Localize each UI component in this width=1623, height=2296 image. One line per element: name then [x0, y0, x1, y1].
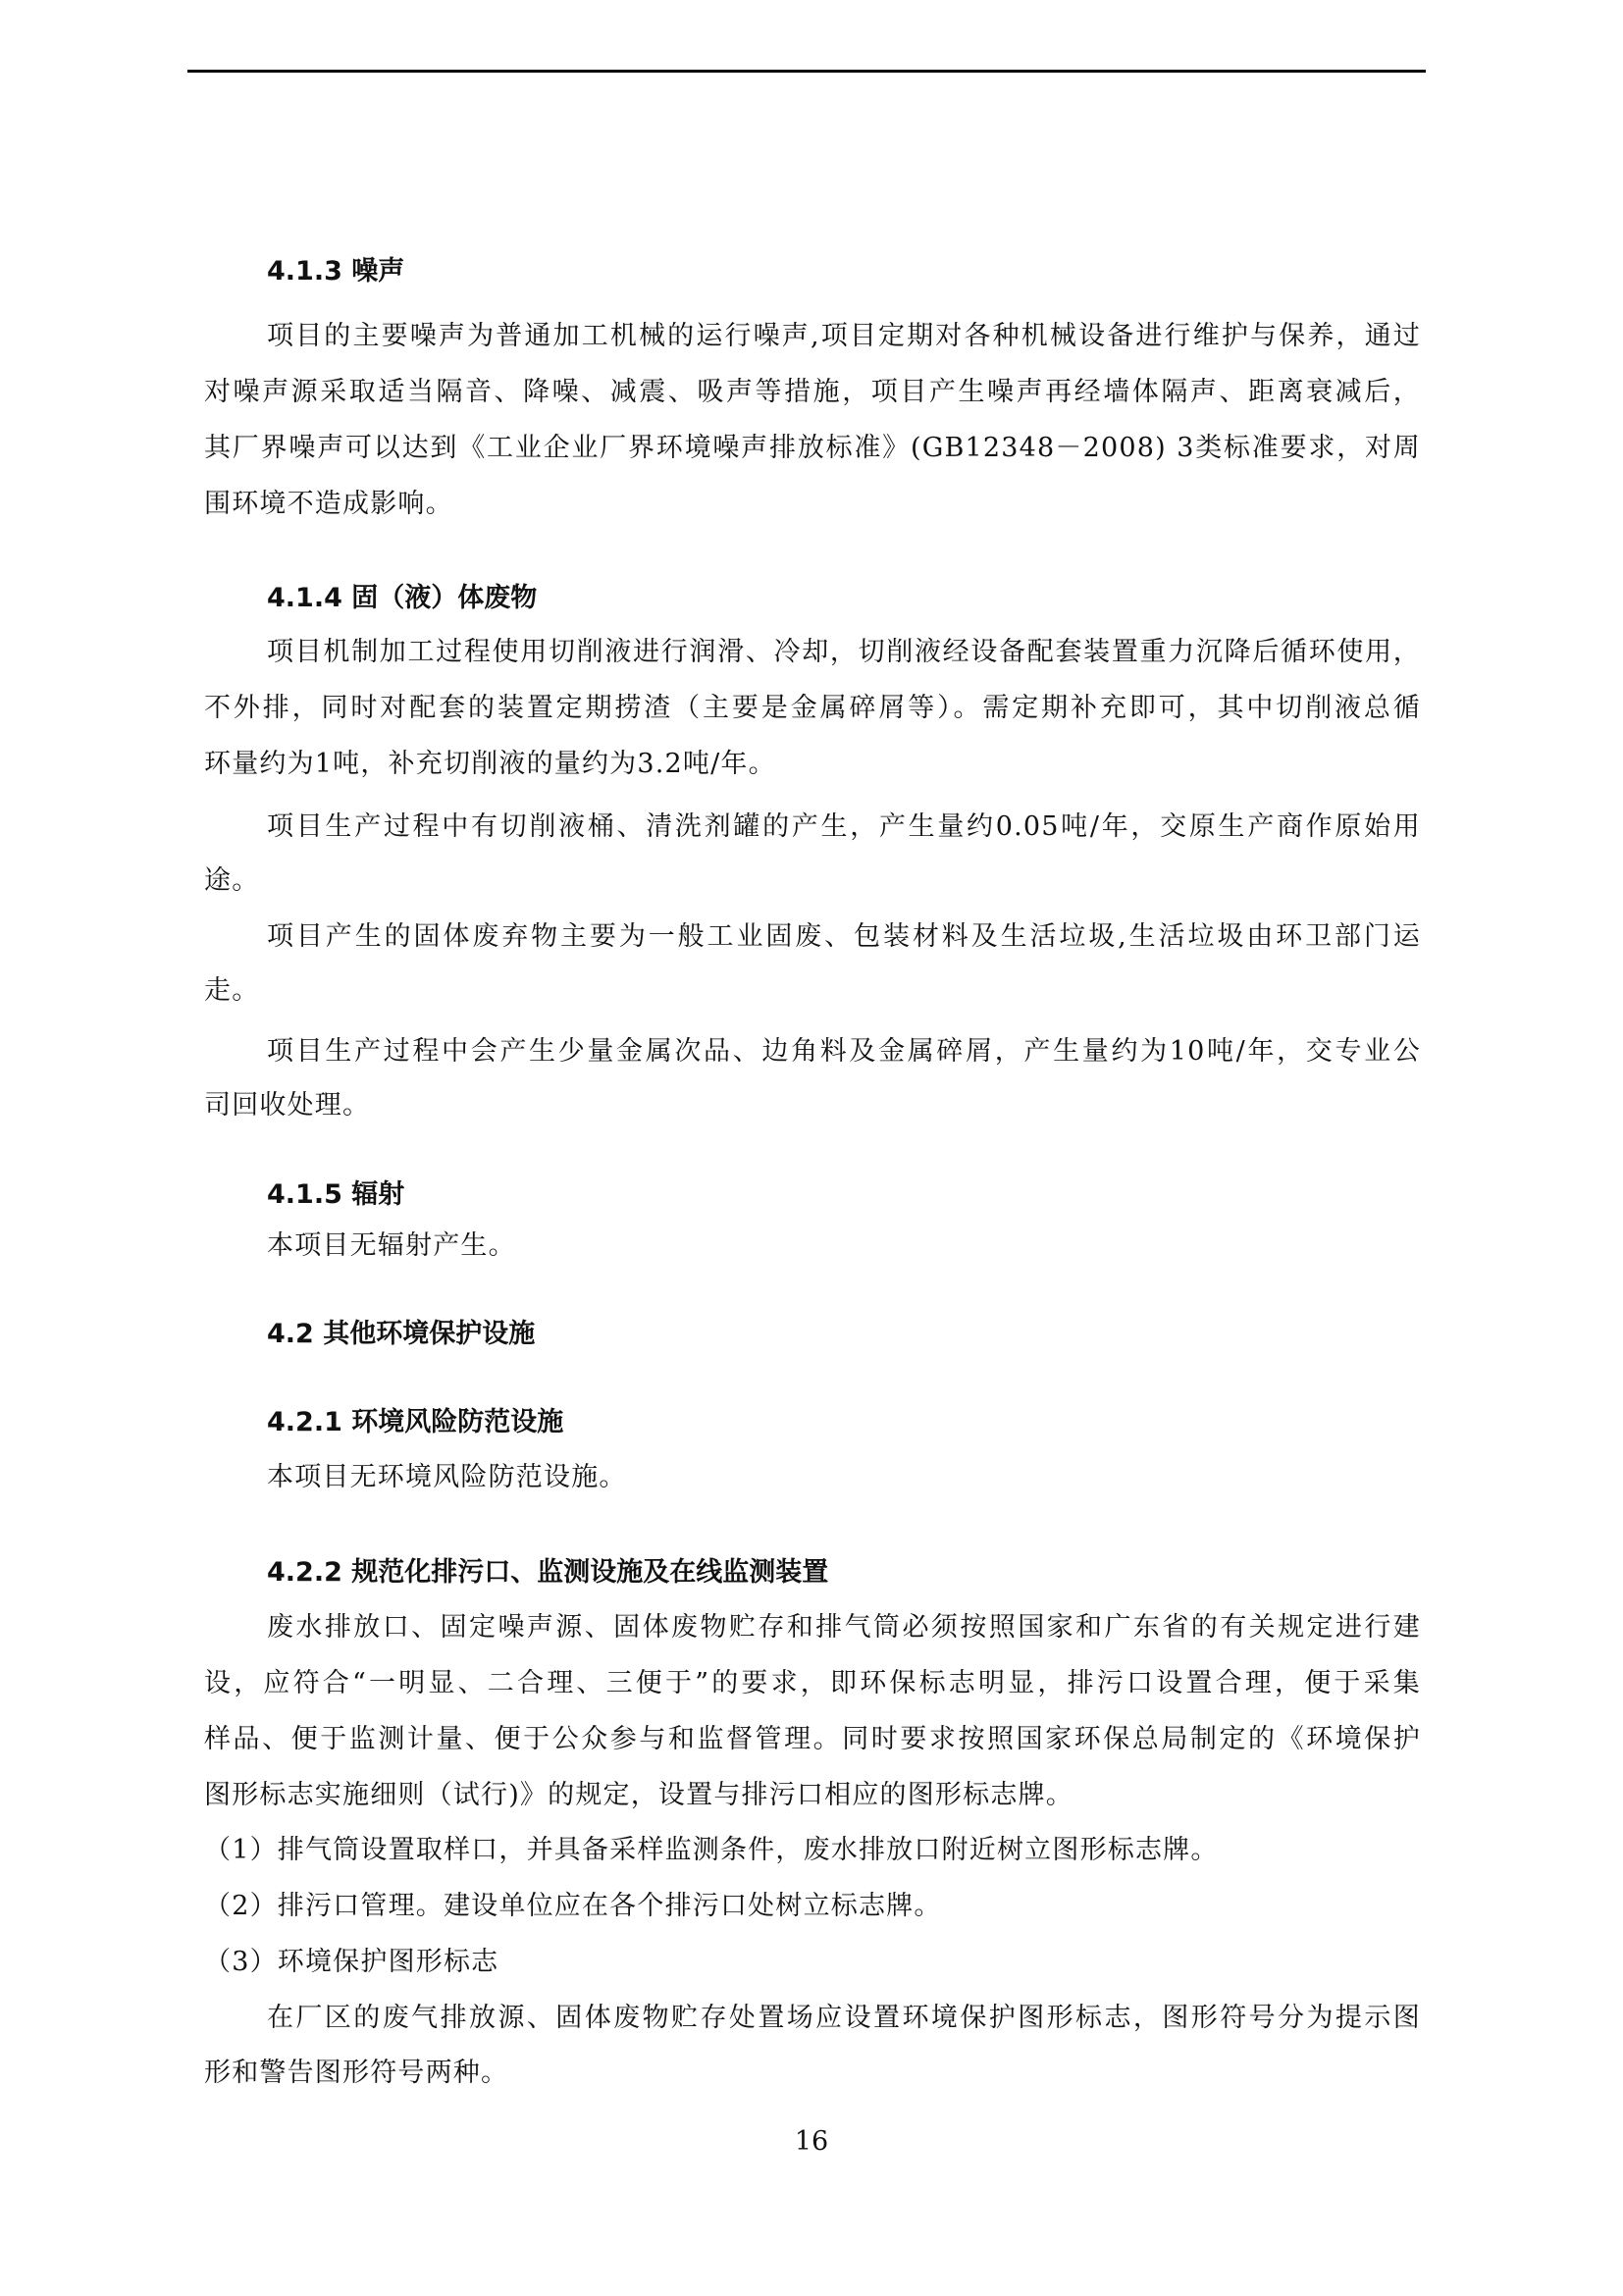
paragraph-line: 本项目无环境风险防范设施。: [267, 1461, 1421, 1494]
paragraph-line: 不外排，同时对配套的装置定期捞渣（主要是金属碎屑等）。需定期补充即可，其中切削液…: [204, 692, 1421, 725]
heading-4-2-2: 4.2.2 规范化排污口、监测设施及在线监测装置: [267, 1556, 828, 1590]
paragraph-line: 围环境不造成影响。: [204, 488, 1421, 521]
heading-4-2-1: 4.2.1 环境风险防范设施: [267, 1406, 563, 1439]
paragraph-line: 项目产生的固体废弃物主要为一般工业固废、包装材料及生活垃圾,生活垃圾由环卫部门运: [267, 920, 1421, 954]
paragraph-line: 图形标志实施细则（试行)》的规定，设置与排污口相应的图形标志牌。: [204, 1779, 1421, 1812]
heading-4-1-3: 4.1.3 噪声: [267, 255, 404, 288]
header-rule: [187, 70, 1426, 73]
page-number: 16: [0, 2125, 1623, 2159]
paragraph-line: 项目生产过程中会产生少量金属次品、边角料及金属碎屑，产生量约为10吨/年，交专业…: [267, 1035, 1421, 1069]
paragraph-line: 样品、便于监测计量、便于公众参与和监督管理。同时要求按照国家环保总局制定的《环境…: [204, 1723, 1421, 1756]
paragraph-line: 项目的主要噪声为普通加工机械的运行噪声,项目定期对各种机械设备进行维护与保养，通…: [267, 320, 1421, 353]
heading-4-1-5: 4.1.5 辐射: [267, 1178, 404, 1212]
paragraph-line: 废水排放口、固定噪声源、固体废物贮存和排气筒必须按照国家和广东省的有关规定进行建: [267, 1611, 1421, 1644]
list-item-2: （2）排污口管理。建设单位应在各个排污口处树立标志牌。: [204, 1890, 1421, 1923]
paragraph-line: 对噪声源采取适当隔音、降噪、减震、吸声等措施，项目产生噪声再经墙体隔声、距离衰减…: [204, 376, 1421, 409]
paragraph-line: 走。: [204, 974, 1421, 1008]
paragraph-line: 设，应符合“一明显、二合理、三便于”的要求，即环保标志明显，排污口设置合理，便于…: [204, 1667, 1421, 1700]
list-item-3: （3）环境保护图形标志: [204, 1946, 1421, 1979]
heading-4-2: 4.2 其他环境保护设施: [267, 1318, 535, 1351]
paragraph-line: 司回收处理。: [204, 1089, 1421, 1122]
paragraph-line: 形和警告图形符号两种。: [204, 2057, 1421, 2090]
paragraph-line: 项目生产过程中有切削液桶、清洗剂罐的产生，产生量约0.05吨/年，交原生产商作原…: [267, 810, 1421, 844]
heading-4-1-4: 4.1.4 固（液）体废物: [267, 582, 537, 615]
paragraph-line: 其厂界噪声可以达到《工业企业厂界环境噪声排放标准》(GB12348－2008) …: [204, 432, 1421, 465]
paragraph-line: 本项目无辐射产生。: [267, 1229, 1421, 1263]
list-item-1: （1）排气筒设置取样口，并具备采样监测条件，废水排放口附近树立图形标志牌。: [204, 1834, 1421, 1867]
paragraph-line: 环量约为1吨，补充切削液的量约为3.2吨/年。: [204, 748, 1421, 781]
paragraph-line: 途。: [204, 864, 1421, 898]
paragraph-line: 项目机制加工过程使用切削液进行润滑、冷却，切削液经设备配套装置重力沉降后循环使用…: [267, 636, 1421, 669]
paragraph-line: 在厂区的废气排放源、固体废物贮存处置场应设置环境保护图形标志，图形符号分为提示图: [267, 2002, 1421, 2035]
